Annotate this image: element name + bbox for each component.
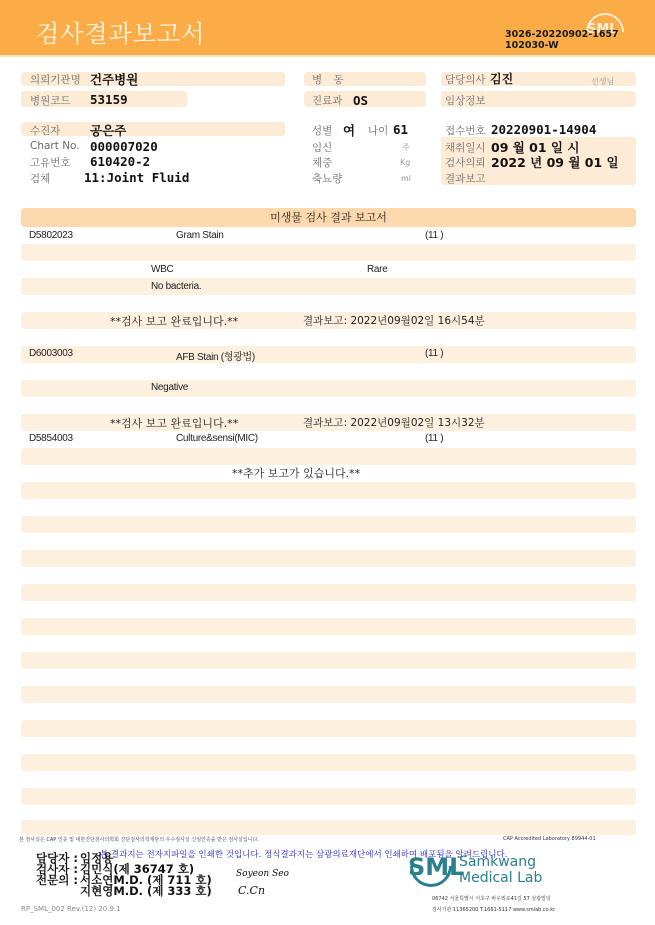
weight-unit: Kg	[400, 158, 410, 167]
specimen-number: (11 )	[425, 348, 443, 359]
pregnancy-label: 임신	[312, 140, 332, 155]
institution-label: 의뢰기관명	[30, 72, 81, 87]
department-value: OS	[353, 93, 368, 108]
row-stripe	[21, 346, 636, 363]
report-status: **추가 보고가 있습니다.**	[232, 465, 360, 481]
clinical-info-label: 임상정보	[445, 93, 486, 108]
signature-1: Soyeon Seo	[236, 869, 289, 879]
patient-label: 수진자	[30, 123, 60, 138]
row-stripe	[21, 550, 636, 567]
specimen-label: 검체	[30, 171, 50, 186]
report-code-line1: 3026-20220902-1657	[505, 29, 619, 40]
sml-footer-logo: SML	[408, 853, 464, 881]
lab-contact: 검사기관 11365200 T.1661-5117 www.smlab.co.k…	[432, 906, 555, 913]
specimen-number: (11 )	[425, 230, 443, 241]
department-label: 진료과	[312, 93, 342, 108]
test-code: D5854003	[29, 433, 73, 444]
test-name: AFB Stain (형광법)	[176, 348, 255, 363]
row-stripe	[21, 380, 636, 397]
row-stripe	[21, 448, 636, 465]
test-name: Culture&sensi(MIC)	[176, 433, 258, 444]
row-stripe	[21, 788, 636, 805]
row-stripe	[21, 820, 636, 835]
doctor-label: 담당의사	[445, 72, 486, 87]
doctor-value: 김진	[490, 70, 513, 87]
certification-note: 본 검사실은 CAP 인증 및 대한진단검사의학회 진단검사의학재단의 우수검사…	[19, 836, 259, 843]
row-stripe	[21, 278, 636, 295]
request-value: 2022 년 09 월 01 일	[491, 153, 619, 171]
lab-name-line2: Medical Lab	[459, 870, 542, 886]
report-status: **검사 보고 완료입니다.**	[110, 415, 238, 431]
report-code: 3026-20220902-1657 102030-W	[505, 29, 619, 51]
signature-2: C.Cn	[238, 884, 265, 897]
hospital-code-value: 53159	[90, 92, 128, 107]
report-status: **검사 보고 완료입니다.**	[110, 313, 238, 329]
specialist-name-2: 지현영M.D. (제 333 호)	[80, 885, 212, 897]
sex-value: 여	[343, 121, 355, 139]
row-stripe	[21, 584, 636, 601]
urine-label: 축뇨량	[312, 171, 342, 186]
row-stripe	[21, 686, 636, 703]
row-stripe	[21, 720, 636, 737]
sex-label: 성별	[312, 123, 332, 138]
report-label: 결과보고	[445, 171, 486, 186]
row-stripe	[21, 244, 636, 261]
urine-unit: ml	[401, 174, 411, 183]
row-stripe	[21, 482, 636, 499]
specialist-label: 전문의 :	[36, 874, 78, 886]
report-code-line2: 102030-W	[505, 40, 619, 51]
age-value: 61	[393, 122, 408, 137]
chart-no-label: Chart No.	[30, 140, 80, 152]
hospital-code-label: 병원코드	[30, 93, 71, 108]
chart-no-value: 000007020	[90, 139, 158, 154]
section-title: 미생물 검사 결과 보고서	[21, 208, 636, 227]
patient-name: 공은주	[90, 121, 126, 139]
doctor-suffix: 선생님	[591, 76, 614, 87]
institution-value: 건주병원	[90, 70, 138, 88]
lab-name: Samkwang Medical Lab	[459, 854, 542, 886]
age-label: 나이	[368, 123, 388, 138]
weight-label: 체중	[312, 155, 332, 170]
result-comment: No bacteria.	[151, 281, 201, 292]
row-stripe	[21, 652, 636, 669]
lab-name-line1: Samkwang	[459, 854, 542, 870]
result-item: WBC	[151, 264, 173, 275]
result-item: Negative	[151, 382, 188, 393]
test-code: D5802023	[29, 230, 73, 241]
receipt-label: 접수번호	[445, 123, 486, 138]
cap-label: CAP Accredited Laboratory 89944-01	[503, 836, 596, 842]
ward-label: 병 동	[312, 72, 348, 87]
form-code: RP_SML_002 Rev.(12) 20.9.1	[21, 905, 121, 913]
request-label: 검사의뢰	[445, 155, 486, 170]
lab-address: 06742 서울특별시 서초구 바우뫼로41길 57 삼광빌딩	[432, 895, 551, 902]
test-name: Gram Stain	[176, 230, 224, 241]
report-timestamp: 결과보고: 2022년09월02일 16시54분	[303, 313, 485, 328]
report-title: 검사결과보고서	[36, 14, 205, 49]
id-no-label: 고유번호	[30, 155, 71, 170]
pregnancy-unit: 주	[402, 142, 410, 153]
row-stripe	[21, 618, 636, 635]
specimen-value: 11:Joint Fluid	[84, 170, 189, 185]
row-stripe	[21, 754, 636, 771]
result-value: Rare	[367, 264, 387, 275]
patient-band	[21, 122, 285, 136]
collection-label: 채취일시	[445, 140, 486, 155]
id-no-value: 610420-2	[90, 154, 150, 169]
test-code: D6003003	[29, 348, 73, 359]
specimen-number: (11 )	[425, 433, 443, 444]
row-stripe	[21, 516, 636, 533]
receipt-value: 20220901-14904	[491, 122, 596, 137]
report-timestamp: 결과보고: 2022년09월02일 13시32분	[303, 415, 485, 430]
